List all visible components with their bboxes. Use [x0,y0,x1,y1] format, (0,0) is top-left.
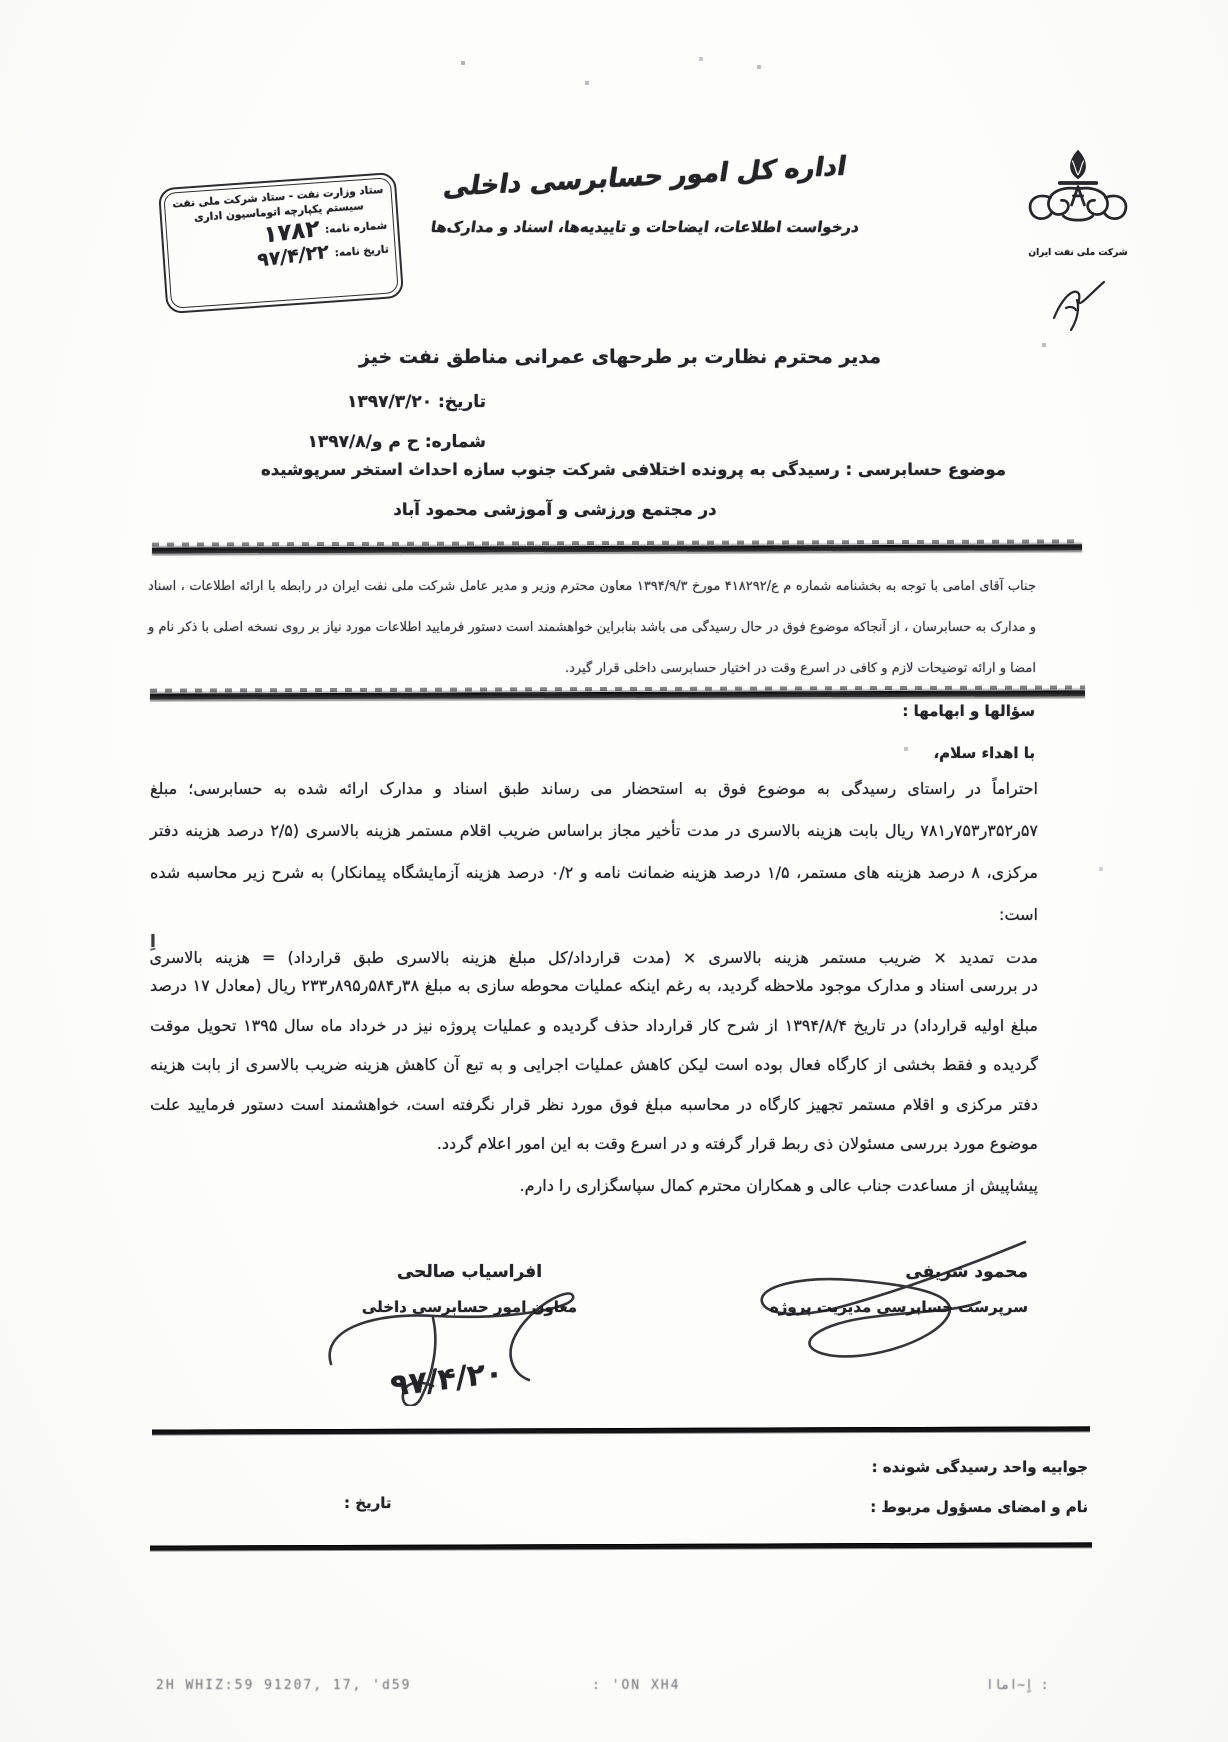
footer-artifact-left: 2H WHIZ:59 91207, 17, 'd59 [156,1678,412,1693]
org-subtitle: درخواست اطلاعات، ایضاحات و تاییدیه‌ها، ا… [419,218,872,236]
body-paragraph-2: در بررسی اسناد و مدارک موجود ملاحظه گردی… [150,966,1038,1164]
response-line-2: نام و امضای مسؤول مربوط : [870,1498,1088,1516]
letterhead: اداره کل امور حسابرسی داخلی درخواست اطلا… [420,162,870,236]
scan-specks [0,0,2,2]
closing-line: پیشاپیش از مساعدت جناب عالی و همکاران مح… [150,1166,1038,1206]
body-paragraph-1: احتراماً در راستای رسیدگی به موضوع فوق ب… [150,768,1038,936]
divider [150,690,1085,699]
formula-line: مدت تمدید × ضریب مستمر هزینه بالاسری × (… [150,948,1038,967]
logo-caption: شرکت ملی نفت ایران [1008,248,1148,258]
registration-stamp: ستاد وزارت نفت - ستاد شرکت ملی نفت سیستم… [158,172,404,314]
body-block-2: در بررسی اسناد و مدارک موجود ملاحظه گردی… [150,966,1038,1205]
nioc-emblem-icon [1023,146,1133,242]
date-label: تاریخ: [438,392,486,412]
divider [150,1542,1092,1550]
subject-line-1: موضوع حسابرسی : رسیدگی به پرونده اختلافی… [261,460,1006,479]
divider [152,544,1082,553]
footer-artifact-right: : اٍ~اماا [986,1678,1049,1693]
number-label: شماره: [425,432,486,452]
notice-paragraph: جناب آقای امامی با توجه به بخشنامه شماره… [148,566,1036,689]
divider [152,1426,1090,1434]
response-line-1: جوابیه واحد رسیدگی شونده : [872,1458,1088,1476]
response-date-label: تاریخ : [344,1494,392,1512]
date-value: ۱۳۹۷/۳/۲۰ [347,392,432,412]
signature-left-name: افراسیاب صالحی [322,1262,617,1282]
signature-right: محمود شریفی سرپرست حسابرسی مدیریت پروژه [698,1262,1028,1316]
org-title: اداره کل امور حسابرسی داخلی [418,150,872,204]
stamp-number-label: شماره نامه: [325,220,388,236]
signature-right-name: محمود شریفی [698,1262,1028,1282]
scanned-letter-page: ستاد وزارت نفت - ستاد شرکت ملی نفت سیستم… [0,0,1228,1742]
questions-label: سؤالها و ابهامها : [902,702,1035,720]
salutation-line: با اهداء سلام، [933,744,1035,762]
handwritten-date: ۹۷/۴/۲۰ [390,1355,504,1404]
calligraphy-flourish-icon [1046,274,1110,332]
number-value: ح م و/۱۳۹۷/۸ [308,432,419,452]
signature-right-title: سرپرست حسابرسی مدیریت پروژه [698,1298,1028,1316]
recipient-line: مدیر محترم نظارت بر طرحهای عمرانی مناطق … [300,346,940,368]
stamp-org-line: ستاد وزارت نفت - ستاد شرکت ملی نفت [171,183,386,213]
company-logo: شرکت ملی نفت ایران [1008,146,1148,336]
subject-line-2: در مجتمع ورزشی و آموزشی محمود آباد [330,500,780,519]
signature-left: افراسیاب صالحی معاون امور حسابرسی داخلی [322,1262,617,1316]
footer-artifact-center: : 'ON XH4 [592,1678,680,1693]
stamp-date-label: تاریخ نامه: [334,244,389,260]
signature-left-title: معاون امور حسابرسی داخلی [322,1298,617,1316]
